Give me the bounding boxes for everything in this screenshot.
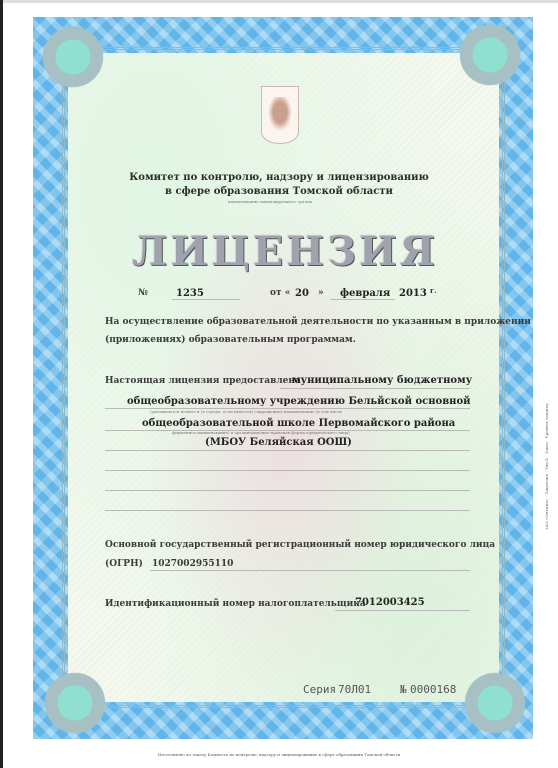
licensee-line-1: муниципальному бюджетному [292,375,472,386]
licensee-underline-1 [280,388,470,389]
date-from-label: от « [270,288,290,298]
ornament-corner-icon [38,22,108,92]
issuer-line-1: Комитет по контролю, надзору и лицензиро… [0,172,558,183]
licensee-caption-1: (указываются полное и (в случае, если им… [150,409,342,414]
ogrn-value: 1027002955110 [152,559,233,569]
scan-left-edge [0,0,3,768]
licensee-short-name: (МБОУ Беляйская ООШ) [205,437,352,448]
ornament-corner-icon [40,668,110,738]
number-underline [172,299,240,300]
date-month: февраля [340,288,390,299]
licensee-caption-2: фирменное наименование) и организационно… [172,430,350,435]
date-day-close: » [318,288,324,298]
blank-line-1 [105,470,470,471]
licensee-line-2: общеобразовательному учреждению Бельйско… [127,396,471,407]
ornament-corner-icon [460,668,530,738]
purpose-line-1: На осуществление образовательной деятель… [105,317,531,327]
ogrn-underline [150,570,470,571]
series-value: 70Л01 [338,683,371,696]
licensee-line-3: общеобразовательной школе Первомайского … [142,418,455,429]
issuer-caption: наименование лицензирующего органа [228,199,312,204]
blank-line-3 [105,510,470,511]
ogrn-label-line-1: Основной государственный регистрационный… [105,540,495,550]
scan-top-edge [0,0,558,3]
coat-of-arms-icon [261,86,299,144]
blank-line-2 [105,490,470,491]
licensee-underline-4 [105,450,470,451]
license-number: 1235 [176,288,204,299]
double-headed-eagle-icon [268,97,292,131]
inn-value: 7012003425 [355,597,425,608]
inn-underline [335,610,470,611]
month-underline [330,299,395,300]
form-number-value: 0000168 [410,683,456,696]
document-title: ЛИЦЕНЗИЯ [0,228,558,275]
ornament-corner-icon [455,20,525,90]
number-label: № [138,288,148,298]
series-label: Серия [303,683,336,696]
inn-label: Идентификационный номер налогоплательщик… [105,599,366,609]
issuer-line-2: в сфере образования Томской области [0,186,558,197]
side-printer-note: ЗАО «Оптима» · Лицензия · Тип Б · Заказ … [544,403,549,530]
granted-label: Настоящая лицензия предоставлена [105,376,301,386]
form-number-label: № [400,683,407,696]
date-day: 20 [295,288,309,299]
date-year: 2013 [399,288,427,299]
purpose-line-2: (приложениях) образовательным программам… [105,335,356,345]
date-year-suffix: г. [430,286,437,295]
footer-note: Изготовлено по заказу Комитета по контро… [0,752,558,757]
ogrn-label-line-2: (ОГРН) [105,559,143,569]
